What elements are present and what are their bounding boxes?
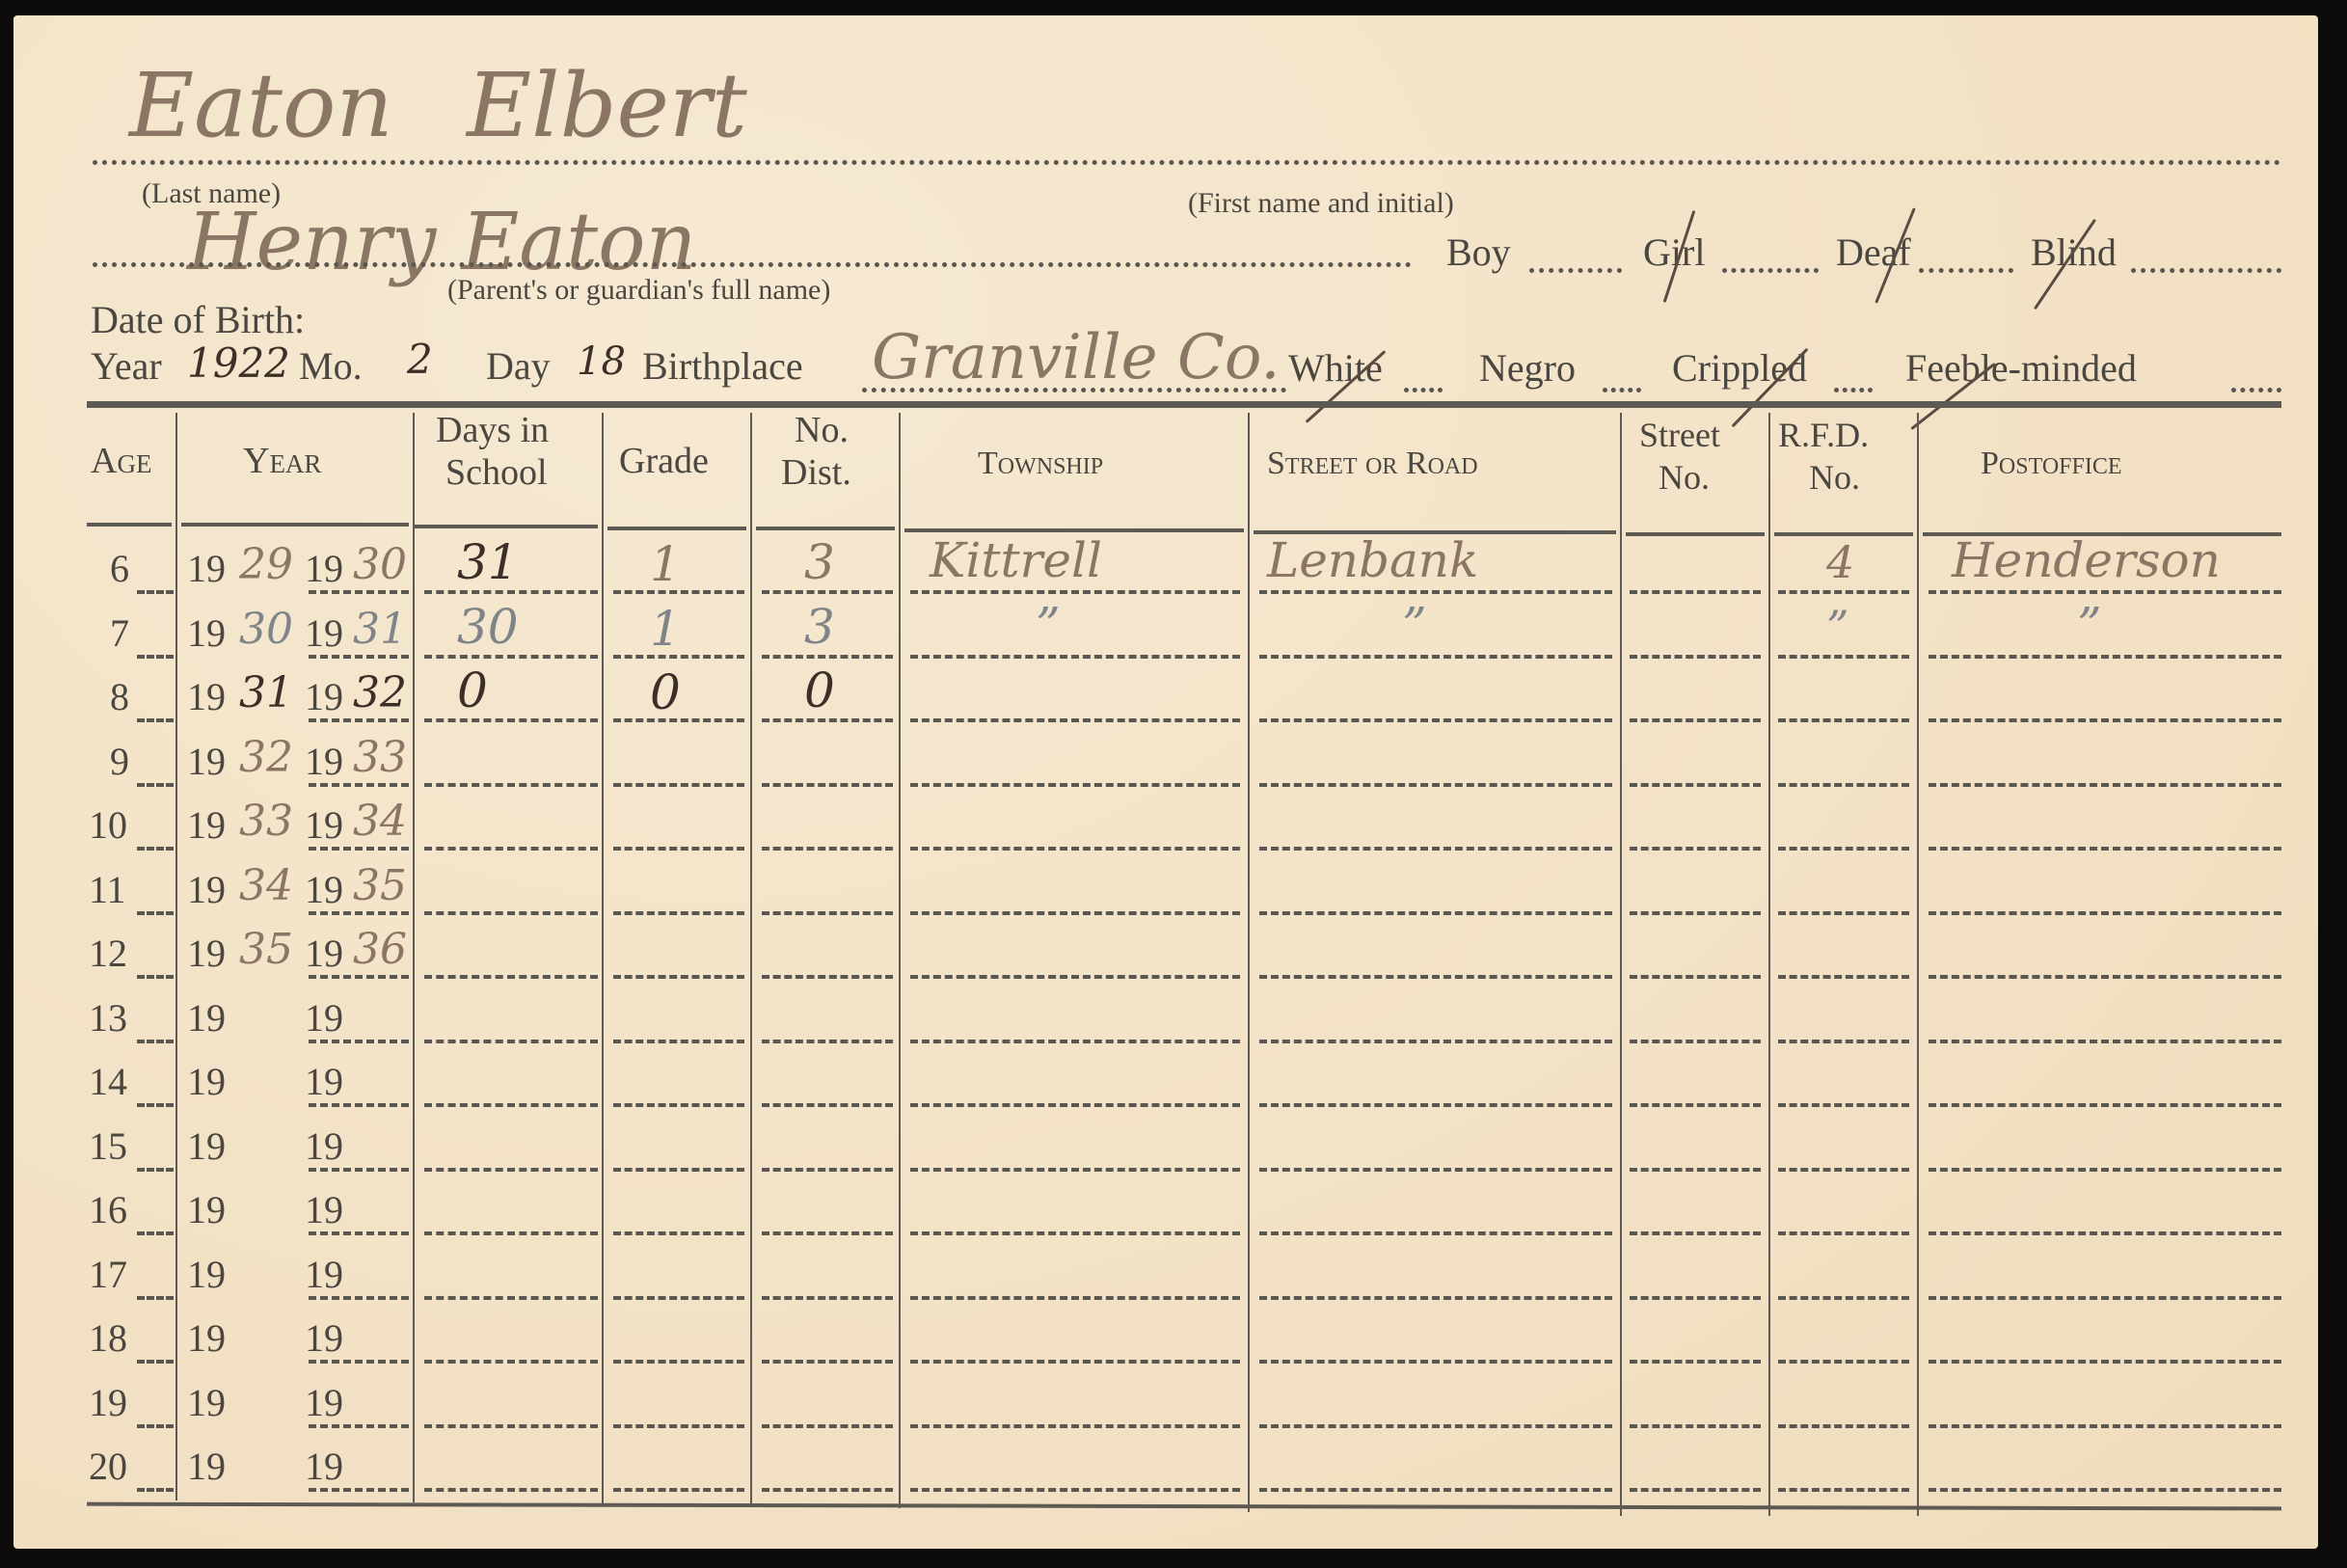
row-blank-line (910, 1103, 1240, 1107)
row-blank-line (910, 1360, 1240, 1364)
row-blank-line (910, 655, 1240, 659)
year-start-value: 35 (239, 925, 293, 974)
age-cell: 14 (89, 1059, 127, 1104)
row-blank-line (1778, 1424, 1909, 1428)
year-start-prefix: 19 (187, 1123, 226, 1169)
row-blank-line (1929, 718, 2281, 722)
row-blank-line (910, 1168, 1240, 1172)
row-blank-line (762, 655, 893, 659)
year-start-value: 30 (239, 605, 293, 654)
year-start-prefix: 19 (187, 546, 226, 591)
name-dotted-line (93, 160, 2281, 165)
row-blank-line (137, 1040, 174, 1043)
row-blank-line (762, 1424, 893, 1428)
row-blank-line (1259, 1231, 1612, 1235)
row-blank-line (1929, 783, 2281, 787)
row-blank-line (1259, 1488, 1612, 1492)
header-grade: Grade (619, 440, 709, 482)
row-blank-line (910, 1296, 1240, 1300)
row-blank-line (137, 1231, 174, 1235)
row-blank-line (1929, 911, 2281, 915)
feeble-minded-blank (2231, 388, 2281, 392)
year-end-prefix: 19 (305, 674, 343, 719)
row-blank-line (1929, 1488, 2281, 1492)
age-cell: 8 (110, 674, 129, 719)
birthplace-blank (862, 388, 1286, 392)
row-blank-line (309, 783, 409, 787)
age-cell: 15 (89, 1123, 127, 1169)
boy-label: Boy (1446, 230, 1511, 275)
row-blank-line (309, 1168, 409, 1172)
col-divider (413, 413, 415, 1502)
crippled-blank (1834, 388, 1873, 392)
row-blank-line (424, 1296, 598, 1300)
days-in-school-cell: 31 (457, 534, 519, 590)
year-start-prefix: 19 (187, 674, 226, 719)
header-rfd-line1: R.F.D. (1778, 415, 1869, 455)
row-blank-line (1630, 1168, 1761, 1172)
row-blank-line (137, 655, 174, 659)
header-dist-line1: No. (795, 409, 849, 451)
row-blank-line (1259, 1424, 1612, 1428)
street-or-road-cell: Lenbank (1267, 532, 1478, 588)
row-blank-line (309, 1424, 409, 1428)
year-start-prefix: 19 (187, 1187, 226, 1232)
year-end-prefix: 19 (305, 1123, 343, 1169)
row-blank-line (1778, 655, 1909, 659)
row-blank-line (1630, 590, 1761, 594)
first-name-value: Elbert (467, 54, 747, 157)
row-blank-line (1259, 975, 1612, 979)
header-street-or-road: Street or Road (1267, 446, 1478, 482)
row-blank-line (1630, 1360, 1761, 1364)
birthplace-value: Granville Co. (872, 322, 1281, 393)
grade-cell: 1 (650, 601, 681, 657)
row-blank-line (613, 1168, 744, 1172)
row-blank-line (762, 1296, 893, 1300)
row-blank-line (309, 718, 409, 722)
date-of-birth-label: Date of Birth: (91, 297, 305, 342)
year-start-prefix: 19 (187, 931, 226, 976)
row-blank-line (1259, 590, 1612, 594)
row-blank-line (613, 655, 744, 659)
col-divider (1248, 413, 1250, 1512)
row-blank-line (1778, 1103, 1909, 1107)
row-blank-line (613, 847, 744, 851)
row-blank-line (1929, 1168, 2281, 1172)
row-blank-line (613, 1296, 744, 1300)
row-blank-line (1778, 1488, 1909, 1492)
row-blank-line (1778, 1231, 1909, 1235)
grade-cell: 0 (650, 664, 681, 720)
row-blank-line (910, 1040, 1240, 1043)
row-blank-line (1929, 655, 2281, 659)
row-blank-line (1259, 1103, 1612, 1107)
row-blank-line (1778, 590, 1909, 594)
row-blank-line (1929, 847, 2281, 851)
month-label: Mo. (299, 343, 363, 389)
birthplace-label: Birthplace (642, 343, 803, 389)
year-start-prefix: 19 (187, 867, 226, 912)
row-blank-line (424, 1424, 598, 1428)
row-blank-line (1630, 783, 1761, 787)
row-blank-line (309, 1488, 409, 1492)
row-blank-line (1630, 1488, 1761, 1492)
row-blank-line (762, 975, 893, 979)
year-start-value: 32 (239, 733, 293, 782)
row-blank-line (1929, 975, 2281, 979)
district-no-cell: 3 (804, 534, 835, 590)
header-township: Township (978, 446, 1103, 482)
row-blank-line (309, 1296, 409, 1300)
row-blank-line (424, 1488, 598, 1492)
row-blank-line (613, 1040, 744, 1043)
row-blank-line (309, 847, 409, 851)
row-blank-line (309, 1231, 409, 1235)
row-blank-line (1259, 847, 1612, 851)
girl-blank (1722, 268, 1819, 273)
age-cell: 13 (89, 995, 127, 1041)
year-end-prefix: 19 (305, 1187, 343, 1232)
year-end-prefix: 19 (305, 610, 343, 656)
year-start-prefix: 19 (187, 739, 226, 784)
row-blank-line (137, 1488, 174, 1492)
year-end-value: 34 (353, 797, 407, 846)
row-blank-line (1630, 1040, 1761, 1043)
age-cell: 7 (110, 610, 129, 656)
row-blank-line (1630, 1231, 1761, 1235)
age-cell: 11 (89, 867, 126, 912)
year-end-value: 32 (353, 668, 407, 717)
row-blank-line (762, 718, 893, 722)
year-end-value: 30 (353, 540, 407, 589)
row-blank-line (762, 590, 893, 594)
row-blank-line (137, 783, 174, 787)
age-cell: 12 (89, 931, 127, 976)
row-blank-line (1630, 911, 1761, 915)
rfd-no-cell: ” (1826, 601, 1849, 653)
row-blank-line (424, 590, 598, 594)
boy-blank (1529, 268, 1622, 273)
row-blank-line (1778, 1040, 1909, 1043)
row-blank-line (1259, 1296, 1612, 1300)
year-start-prefix: 19 (187, 610, 226, 656)
row-blank-line (137, 1168, 174, 1172)
year-start-prefix: 19 (187, 1059, 226, 1104)
row-blank-line (1259, 911, 1612, 915)
row-blank-line (309, 1360, 409, 1364)
row-blank-line (309, 911, 409, 915)
year-end-value: 36 (353, 925, 407, 974)
col-divider (602, 413, 604, 1504)
header-days-line1: Days in (436, 409, 549, 451)
year-end-value: 31 (353, 605, 407, 654)
deaf-blank (1919, 268, 2013, 273)
row-blank-line (1259, 718, 1612, 722)
township-cell: ” (1036, 597, 1061, 653)
school-census-card: Eaton Elbert (Last name) (First name and… (13, 15, 2318, 1549)
year-start-prefix: 19 (187, 1444, 226, 1489)
year-start-prefix: 19 (187, 995, 226, 1041)
year-end-prefix: 19 (305, 739, 343, 784)
feeble-minded-label: Feeble-minded (1905, 345, 2137, 391)
year-end-value: 33 (353, 733, 407, 782)
row-blank-line (613, 975, 744, 979)
days-in-school-cell: 30 (457, 599, 519, 655)
row-blank-line (424, 1231, 598, 1235)
age-cell: 16 (89, 1187, 127, 1232)
row-blank-line (424, 847, 598, 851)
row-blank-line (1630, 1424, 1761, 1428)
last-name-value: Eaton (129, 54, 393, 157)
row-blank-line (910, 590, 1240, 594)
row-blank-line (910, 975, 1240, 979)
row-blank-line (137, 1296, 174, 1300)
row-blank-line (1778, 975, 1909, 979)
row-blank-line (424, 1168, 598, 1172)
district-no-cell: 0 (804, 662, 835, 718)
year-end-prefix: 19 (305, 1444, 343, 1489)
row-blank-line (309, 975, 409, 979)
year-end-prefix: 19 (305, 1252, 343, 1297)
rfd-no-cell: 4 (1826, 536, 1854, 588)
birth-day-value: 18 (577, 339, 626, 384)
row-blank-line (613, 1231, 744, 1235)
row-blank-line (1778, 783, 1909, 787)
row-blank-line (910, 718, 1240, 722)
row-blank-line (424, 655, 598, 659)
first-name-label: (First name and initial) (1188, 187, 1454, 220)
year-end-prefix: 19 (305, 1059, 343, 1104)
row-blank-line (1929, 1360, 2281, 1364)
birth-year-value: 1922 (187, 339, 290, 387)
grade-cell: 1 (650, 536, 681, 592)
row-blank-line (1630, 655, 1761, 659)
row-blank-line (762, 1103, 893, 1107)
row-blank-line (910, 1424, 1240, 1428)
age-cell: 6 (110, 546, 129, 591)
col-divider (899, 413, 901, 1508)
row-blank-line (613, 783, 744, 787)
row-blank-line (910, 783, 1240, 787)
postoffice-cell: ” (2077, 597, 2102, 653)
col-divider (175, 413, 177, 1500)
row-blank-line (1778, 847, 1909, 851)
row-blank-line (1259, 1360, 1612, 1364)
row-blank-line (910, 1231, 1240, 1235)
district-no-cell: 3 (804, 599, 835, 655)
blind-blank (2131, 268, 2281, 273)
header-street-no-line2: No. (1659, 457, 1710, 498)
row-blank-line (137, 975, 174, 979)
row-blank-line (1630, 975, 1761, 979)
header-underline (87, 523, 172, 527)
row-blank-line (1778, 718, 1909, 722)
col-divider (1917, 413, 1919, 1516)
row-blank-line (137, 847, 174, 851)
year-end-prefix: 19 (305, 546, 343, 591)
row-blank-line (137, 1103, 174, 1107)
row-blank-line (1778, 1360, 1909, 1364)
parent-dotted-line (93, 262, 1412, 267)
age-cell: 18 (89, 1315, 127, 1361)
header-age: Age (91, 440, 151, 482)
header-underline (181, 523, 409, 527)
row-blank-line (613, 1488, 744, 1492)
age-cell: 19 (89, 1380, 127, 1425)
row-blank-line (1259, 1040, 1612, 1043)
row-blank-line (424, 975, 598, 979)
year-end-prefix: 19 (305, 931, 343, 976)
row-blank-line (910, 911, 1240, 915)
year-end-prefix: 19 (305, 1315, 343, 1361)
row-blank-line (1929, 590, 2281, 594)
birth-month-value: 2 (407, 336, 433, 383)
row-blank-line (309, 655, 409, 659)
row-blank-line (424, 1103, 598, 1107)
row-blank-line (1259, 783, 1612, 787)
row-blank-line (613, 590, 744, 594)
row-blank-line (137, 1424, 174, 1428)
header-underline (756, 527, 895, 530)
table-bottom-border (87, 1502, 2281, 1511)
row-blank-line (1630, 1103, 1761, 1107)
header-days-line2: School (445, 451, 548, 494)
year-end-prefix: 19 (305, 1380, 343, 1425)
row-blank-line (1259, 655, 1612, 659)
row-blank-line (1630, 847, 1761, 851)
age-cell: 9 (110, 739, 129, 784)
white-blank (1404, 388, 1443, 392)
row-blank-line (910, 847, 1240, 851)
header-underline (415, 525, 598, 528)
day-label: Day (486, 343, 551, 389)
street-or-road-cell: ” (1402, 597, 1427, 653)
table-top-border (87, 401, 2281, 408)
row-blank-line (309, 1103, 409, 1107)
row-blank-line (1259, 1168, 1612, 1172)
row-blank-line (1929, 1231, 2281, 1235)
row-blank-line (424, 1040, 598, 1043)
col-divider (1768, 413, 1770, 1516)
header-street-no-line1: Street (1639, 415, 1720, 455)
row-blank-line (137, 590, 174, 594)
header-dist-line2: Dist. (781, 451, 851, 494)
header-underline (607, 527, 746, 530)
row-blank-line (762, 1168, 893, 1172)
year-end-prefix: 19 (305, 802, 343, 848)
row-blank-line (424, 911, 598, 915)
township-cell: Kittrell (930, 532, 1102, 588)
year-start-prefix: 19 (187, 802, 226, 848)
year-start-value: 29 (239, 540, 293, 589)
age-cell: 10 (89, 802, 127, 848)
row-blank-line (1778, 911, 1909, 915)
year-label: Year (91, 343, 162, 389)
year-start-value: 34 (239, 861, 293, 910)
negro-label: Negro (1479, 345, 1576, 391)
row-blank-line (424, 1360, 598, 1364)
deaf-label: Deaf (1836, 230, 1911, 275)
row-blank-line (613, 911, 744, 915)
row-blank-line (137, 911, 174, 915)
row-blank-line (613, 1360, 744, 1364)
row-blank-line (309, 590, 409, 594)
postoffice-cell: Henderson (1952, 532, 2221, 588)
year-start-value: 33 (239, 797, 293, 846)
age-cell: 20 (89, 1444, 127, 1489)
year-end-prefix: 19 (305, 995, 343, 1041)
row-blank-line (309, 1040, 409, 1043)
age-cell: 17 (89, 1252, 127, 1297)
row-blank-line (762, 1040, 893, 1043)
negro-blank (1603, 388, 1641, 392)
row-blank-line (762, 1360, 893, 1364)
header-postoffice: Postoffice (1981, 446, 2122, 482)
col-divider (1620, 413, 1622, 1516)
header-year: Year (243, 440, 321, 482)
col-divider (750, 413, 752, 1506)
days-in-school-cell: 0 (457, 662, 488, 718)
row-blank-line (1778, 1296, 1909, 1300)
row-blank-line (1778, 1168, 1909, 1172)
row-blank-line (1929, 1296, 2281, 1300)
row-blank-line (1630, 718, 1761, 722)
row-blank-line (762, 1231, 893, 1235)
row-blank-line (762, 911, 893, 915)
header-rfd-line2: No. (1809, 457, 1860, 498)
row-blank-line (1929, 1424, 2281, 1428)
row-blank-line (762, 1488, 893, 1492)
row-blank-line (137, 1360, 174, 1364)
row-blank-line (762, 783, 893, 787)
year-end-value: 35 (353, 861, 407, 910)
row-blank-line (424, 783, 598, 787)
row-blank-line (1630, 1296, 1761, 1300)
row-blank-line (613, 1103, 744, 1107)
year-start-prefix: 19 (187, 1380, 226, 1425)
row-blank-line (613, 1424, 744, 1428)
row-blank-line (910, 1488, 1240, 1492)
row-blank-line (1929, 1040, 2281, 1043)
row-blank-line (613, 718, 744, 722)
row-blank-line (1929, 1103, 2281, 1107)
year-start-prefix: 19 (187, 1252, 226, 1297)
row-blank-line (137, 718, 174, 722)
row-blank-line (762, 847, 893, 851)
year-start-value: 31 (239, 668, 293, 717)
parent-label: (Parent's or guardian's full name) (447, 274, 830, 307)
header-underline (1626, 532, 1765, 536)
year-end-prefix: 19 (305, 867, 343, 912)
year-start-prefix: 19 (187, 1315, 226, 1361)
row-blank-line (424, 718, 598, 722)
